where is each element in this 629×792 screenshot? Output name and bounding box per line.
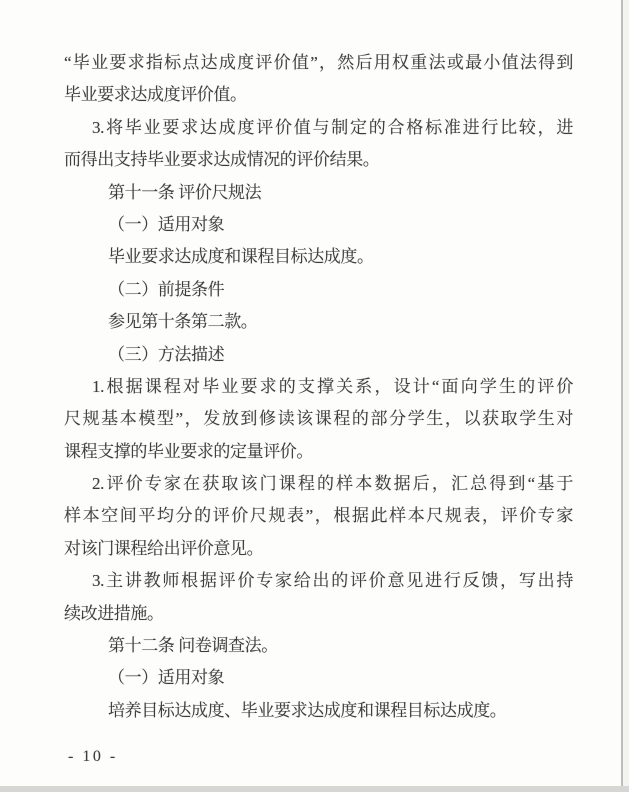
- text-line: （一）适用对象: [64, 662, 573, 694]
- text-line: 参见第十条第二款。: [64, 306, 573, 338]
- scan-edge-right-line: [621, 0, 623, 792]
- document-page: “毕业要求指标点达成度评价值”，然后用权重法或最小值法得到毕业要求达成度评价值。…: [0, 0, 629, 792]
- text-line: 第十二条 问卷调查法。: [64, 630, 573, 662]
- text-line: 2.评价专家在获取该门课程的样本数据后，汇总得到“基于: [64, 468, 573, 500]
- document-text-column: “毕业要求指标点达成度评价值”，然后用权重法或最小值法得到毕业要求达成度评价值。…: [0, 47, 629, 727]
- text-line: “毕业要求指标点达成度评价值”，然后用权重法或最小值法得到: [64, 47, 573, 79]
- text-line: （二）前提条件: [64, 274, 573, 306]
- text-line: 而得出支持毕业要求达成情况的评价结果。: [64, 144, 573, 176]
- text-line: 课程支撑的毕业要求的定量评价。: [64, 436, 573, 468]
- text-line: 3.主讲教师根据评价专家给出的评价意见进行反馈，写出持: [64, 565, 573, 597]
- text-line: 样本空间平均分的评价尺规表”，根据此样本尺规表，评价专家: [64, 500, 573, 532]
- text-line: 毕业要求达成度和课程目标达成度。: [64, 241, 573, 273]
- scan-edge-bottom-band: [0, 786, 629, 792]
- scan-edge-right-margin: [623, 0, 629, 792]
- text-line: （一）适用对象: [64, 209, 573, 241]
- text-line: 毕业要求达成度评价值。: [64, 79, 573, 111]
- page-number: - 10 -: [68, 748, 118, 766]
- text-line: 续改进措施。: [64, 598, 573, 630]
- text-line: 1.根据课程对毕业要求的支撑关系，设计“面向学生的评价: [64, 371, 573, 403]
- text-line: 尺规基本模型”，发放到修读该课程的部分学生，以获取学生对: [64, 403, 573, 435]
- text-line: （三）方法描述: [64, 339, 573, 371]
- text-line: 对该门课程给出评价意见。: [64, 533, 573, 565]
- text-line: 第十一条 评价尺规法: [64, 177, 573, 209]
- text-line: 3.将毕业要求达成度评价值与制定的合格标准进行比较，进: [64, 112, 573, 144]
- text-line: 培养目标达成度、毕业要求达成度和课程目标达成度。: [64, 695, 573, 727]
